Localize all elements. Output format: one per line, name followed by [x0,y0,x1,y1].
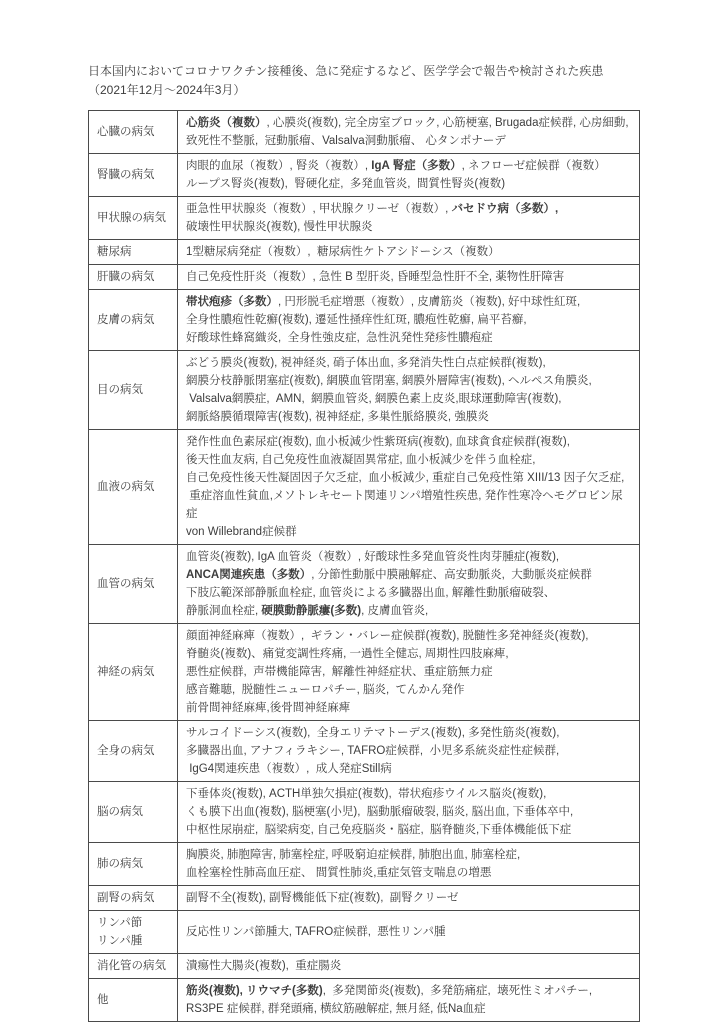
document-page: 日本国内においてコロナワクチン接種後、急に発症するなど、医学学会で報告や検討され… [0,0,724,1024]
disease-name-text: RS3PE 症候群, 群発頭痛, 横紋筋融解症, 無月経, 低Na血症 [186,1003,486,1015]
disease-name-emphasized: バセドウ病（多数）, [452,203,559,215]
disease-line: 脊髄炎(複数)、痛覚変調性疼痛, 一過性全健忘, 周期性四肢麻痺, [186,645,633,663]
disease-name-text: 潰瘍性大腸炎(複数), 重症腸炎 [186,960,341,972]
disease-name-text: 下垂体炎(複数), ACTH単独欠損症(複数), 帯状疱疹ウイルス脳炎(複数), [186,788,546,800]
disease-name-text: ループス腎炎(複数), 腎硬化症, 多発血管炎, 間質性腎炎(複数) [186,178,505,190]
disease-line: 発作性血色素尿症(複数), 血小板減少性紫斑病(複数), 血球貪食症候群(複数)… [186,433,633,451]
table-row: 神経の病気顔面神経麻痺（複数）, ギラン・バレー症候群(複数), 脱髄性多発神経… [89,624,640,721]
disease-name-emphasized: 硬膜動静脈瘻(多数) [261,605,361,617]
disease-name-text: 前骨間神経麻痺,後骨間神経麻痺 [186,702,350,714]
category-cell: 神経の病気 [89,624,178,721]
category-cell: 血液の病気 [89,430,178,545]
diseases-cell: 血管炎(複数), IgA 血管炎（複数）, 好酸球性多発血管炎性肉芽腫症(複数)… [178,545,640,624]
table-row: 副腎の病気副腎不全(複数), 副腎機能低下症(複数), 副腎クリーゼ [89,886,640,911]
category-cell: 肝臓の病気 [89,265,178,290]
disease-name-text: 肉眼的血尿（複数）, 腎炎（複数）, [186,160,371,172]
disease-line: 心筋炎（複数）, 心膜炎(複数), 完全房室ブロック, 心筋梗塞, Brugad… [186,114,633,132]
disease-name-text: 中枢性尿崩症, 脳梁病変, 自己免疫脳炎・脳症, 脳脊髄炎,下垂体機能低下症 [186,824,571,836]
disease-name-text: 破壊性甲状腺炎(複数), 慢性甲状腺炎 [186,221,373,233]
disease-line: Valsalva網膜症, AMN, 網膜血管炎, 網膜色素上皮炎,眼球運動障害(… [186,390,633,408]
disease-name-text: くも膜下出血(複数), 脳梗塞(小児), 脳動脈瘤破裂, 脳炎, 脳出血, 下垂… [186,806,573,818]
disease-name-text: , 多発関節炎(複数), 多発筋痛症, 壊死性ミオパチー, [323,985,592,997]
category-cell: 他 [89,979,178,1022]
table-row: 心臓の病気心筋炎（複数）, 心膜炎(複数), 完全房室ブロック, 心筋梗塞, B… [89,111,640,154]
disease-line: ANCA関連疾患（多数）, 分節性動脈中膜融解症、高安動脈炎, 大動脈炎症候群 [186,566,633,584]
disease-name-text: , 分節性動脈中膜融解症、高安動脈炎, 大動脈炎症候群 [311,569,591,581]
disease-name-text: 重症溶血性貧血,メソトレキセート関連リンパ増殖性疾患, 発作性寒冷ヘモグロビン尿… [186,490,623,520]
disease-line: 下垂体炎(複数), ACTH単独欠損症(複数), 帯状疱疹ウイルス脳炎(複数), [186,785,633,803]
disease-line: 全身性膿疱性乾癬(複数), 遷延性掻痒性紅斑, 膿疱性乾癬, 扁平苔癬, [186,311,633,329]
disease-name-text: 胸膜炎, 肺胞障害, 肺塞栓症, 呼吸窮迫症候群, 肺胞出血, 肺塞栓症, [186,849,520,861]
category-cell: 全身の病気 [89,721,178,782]
category-cell: 脳の病気 [89,782,178,843]
disease-line: 反応性リンパ節腫大, TAFRO症候群, 悪性リンパ腫 [186,923,633,941]
disease-line: 網脈絡膜循環障害(複数), 視神経症, 多巣性脈絡膜炎, 強膜炎 [186,408,633,426]
disease-name-text: von Willebrand症候群 [186,526,297,538]
disease-line: 胸膜炎, 肺胞障害, 肺塞栓症, 呼吸窮迫症候群, 肺胞出血, 肺塞栓症, [186,846,633,864]
table-row: 肺の病気胸膜炎, 肺胞障害, 肺塞栓症, 呼吸窮迫症候群, 肺胞出血, 肺塞栓症… [89,843,640,886]
disease-name-text: ぶどう膜炎(複数), 視神経炎, 硝子体出血, 多発消失性白点症候群(複数), [186,357,546,369]
diseases-cell: 下垂体炎(複数), ACTH単独欠損症(複数), 帯状疱疹ウイルス脳炎(複数),… [178,782,640,843]
disease-name-text: , 心膜炎(複数), 完全房室ブロック, 心筋梗塞, Brugada症候群, 心… [267,117,629,129]
disease-name-text: 網膜分枝静脈閉塞症(複数), 網膜血管閉塞, 網膜外層障害(複数), ヘルペス角… [186,375,592,387]
disease-name-emphasized: 筋炎(複数), リウマチ(多数) [186,985,323,997]
diseases-cell: 自己免疫性肝炎（複数）, 急性 B 型肝炎, 昏睡型急性肝不全, 薬物性肝障害 [178,265,640,290]
disease-name-text: 自己免疫性肝炎（複数）, 急性 B 型肝炎, 昏睡型急性肝不全, 薬物性肝障害 [186,271,564,283]
disease-line: 潰瘍性大腸炎(複数), 重症腸炎 [186,957,633,975]
disease-name-text: 悪性症候群, 声帯機能障害, 解離性神経症状、重症筋無力症 [186,666,493,678]
disease-line: 血管炎(複数), IgA 血管炎（複数）, 好酸球性多発血管炎性肉芽腫症(複数)… [186,548,633,566]
disease-line: くも膜下出血(複数), 脳梗塞(小児), 脳動脈瘤破裂, 脳炎, 脳出血, 下垂… [186,803,633,821]
disease-line: 好酸球性蜂窩織炎, 全身性強皮症, 急性汎発性発疹性膿疱症 [186,329,633,347]
disease-line: 致死性不整脈, 冠動脈瘤、Valsalva洞動脈瘤、 心タンポナーデ [186,132,633,150]
diseases-cell: 副腎不全(複数), 副腎機能低下症(複数), 副腎クリーゼ [178,886,640,911]
disease-line: 網膜分枝静脈閉塞症(複数), 網膜血管閉塞, 網膜外層障害(複数), ヘルペス角… [186,372,633,390]
table-row: リンパ節 リンパ腫反応性リンパ節腫大, TAFRO症候群, 悪性リンパ腫 [89,911,640,954]
table-row: 全身の病気サルコイドーシス(複数), 全身エリテマトーデス(複数), 多発性筋炎… [89,721,640,782]
disease-name-text: IgG4関連疾患（複数）, 成人発症Still病 [186,763,392,775]
disease-name-emphasized: 帯状疱疹（多数） [186,296,278,308]
category-cell: 目の病気 [89,351,178,430]
disease-name-text: 好酸球性蜂窩織炎, 全身性強皮症, 急性汎発性発疹性膿疱症 [186,332,493,344]
disease-line: 副腎不全(複数), 副腎機能低下症(複数), 副腎クリーゼ [186,889,633,907]
disease-line: 自己免疫性肝炎（複数）, 急性 B 型肝炎, 昏睡型急性肝不全, 薬物性肝障害 [186,268,633,286]
disease-line: 重症溶血性貧血,メソトレキセート関連リンパ増殖性疾患, 発作性寒冷ヘモグロビン尿… [186,487,633,523]
disease-name-text: 1型糖尿病発症（複数）, 糖尿病性ケトアシドーシス（複数） [186,246,500,258]
table-row: 目の病気ぶどう膜炎(複数), 視神経炎, 硝子体出血, 多発消失性白点症候群(複… [89,351,640,430]
disease-line: 後天性血友病, 自己免疫性血液凝固異常症, 血小板減少を伴う血栓症, [186,451,633,469]
disease-line: von Willebrand症候群 [186,523,633,541]
disease-line: 筋炎(複数), リウマチ(多数), 多発関節炎(複数), 多発筋痛症, 壊死性ミ… [186,982,633,1000]
disease-name-text: 血管炎(複数), IgA 血管炎（複数）, 好酸球性多発血管炎性肉芽腫症(複数)… [186,551,559,563]
disease-line: ループス腎炎(複数), 腎硬化症, 多発血管炎, 間質性腎炎(複数) [186,175,633,193]
table-row: 皮膚の病気帯状疱疹（多数）, 円形脱毛症増悪（複数）, 皮膚筋炎（複数), 好中… [89,290,640,351]
disease-name-text: , 皮膚血管炎, [361,605,428,617]
disease-name-text: , ネフローゼ症候群（複数） [462,160,606,172]
disease-line: 破壊性甲状腺炎(複数), 慢性甲状腺炎 [186,218,633,236]
diseases-cell: サルコイドーシス(複数), 全身エリテマトーデス(複数), 多発性筋炎(複数),… [178,721,640,782]
diseases-cell: 胸膜炎, 肺胞障害, 肺塞栓症, 呼吸窮迫症候群, 肺胞出血, 肺塞栓症,血栓塞… [178,843,640,886]
disease-line: ぶどう膜炎(複数), 視神経炎, 硝子体出血, 多発消失性白点症候群(複数), [186,354,633,372]
disease-name-text: 反応性リンパ節腫大, TAFRO症候群, 悪性リンパ腫 [186,926,445,938]
disease-line: 自己免疫性後天性凝固因子欠乏症, 血小板減少, 重症自己免疫性第 XIII/13… [186,469,633,487]
disease-name-text: Valsalva網膜症, AMN, 網膜血管炎, 網膜色素上皮炎,眼球運動障害(… [186,393,561,405]
disease-name-text: 全身性膿疱性乾癬(複数), 遷延性掻痒性紅斑, 膿疱性乾癬, 扁平苔癬, [186,314,527,326]
diseases-cell: 反応性リンパ節腫大, TAFRO症候群, 悪性リンパ腫 [178,911,640,954]
table-row: 消化管の病気潰瘍性大腸炎(複数), 重症腸炎 [89,954,640,979]
disease-line: 悪性症候群, 声帯機能障害, 解離性神経症状、重症筋無力症 [186,663,633,681]
table-row: 甲状腺の病気亜急性甲状腺炎（複数）, 甲状腺クリーゼ（複数）, バセドウ病（多数… [89,197,640,240]
disease-line: 1型糖尿病発症（複数）, 糖尿病性ケトアシドーシス（複数） [186,243,633,261]
table-row: 糖尿病1型糖尿病発症（複数）, 糖尿病性ケトアシドーシス（複数） [89,240,640,265]
category-cell: 血管の病気 [89,545,178,624]
table-row: 血液の病気発作性血色素尿症(複数), 血小板減少性紫斑病(複数), 血球貪食症候… [89,430,640,545]
disease-name-text: 多臓器出血, アナフィラキシー, TAFRO症候群, 小児多系統炎症性症候群, [186,745,559,757]
category-cell: 糖尿病 [89,240,178,265]
disease-line: 血栓塞栓性肺高血圧症、 間質性肺炎,重症気管支喘息の増悪 [186,864,633,882]
disease-name-emphasized: IgA 腎症（多数） [371,160,461,172]
disease-name-text: 感音難聴, 脱髄性ニューロパチー, 脳炎, てんかん発作 [186,684,465,696]
disease-name-text: 下肢広範深部静脈血栓症, 血管炎による多臓器出血, 解離性動脈瘤破裂、 [186,587,555,599]
diseases-cell: 1型糖尿病発症（複数）, 糖尿病性ケトアシドーシス（複数） [178,240,640,265]
document-title-block: 日本国内においてコロナワクチン接種後、急に発症するなど、医学学会で報告や検討され… [88,62,644,100]
disease-table-body: 心臓の病気心筋炎（複数）, 心膜炎(複数), 完全房室ブロック, 心筋梗塞, B… [89,111,640,1022]
table-row: 腎臓の病気肉眼的血尿（複数）, 腎炎（複数）, IgA 腎症（多数）, ネフロー… [89,154,640,197]
disease-name-text: , 円形脱毛症増悪（複数）, 皮膚筋炎（複数), 好中球性紅斑, [278,296,580,308]
disease-line: 下肢広範深部静脈血栓症, 血管炎による多臓器出血, 解離性動脈瘤破裂、 [186,584,633,602]
disease-name-text: 副腎不全(複数), 副腎機能低下症(複数), 副腎クリーゼ [186,892,459,904]
disease-name-text: 後天性血友病, 自己免疫性血液凝固異常症, 血小板減少を伴う血栓症, [186,454,535,466]
category-cell: 副腎の病気 [89,886,178,911]
diseases-cell: 亜急性甲状腺炎（複数）, 甲状腺クリーゼ（複数）, バセドウ病（多数）,破壊性甲… [178,197,640,240]
diseases-cell: 筋炎(複数), リウマチ(多数), 多発関節炎(複数), 多発筋痛症, 壊死性ミ… [178,979,640,1022]
disease-line: 多臓器出血, アナフィラキシー, TAFRO症候群, 小児多系統炎症性症候群, [186,742,633,760]
document-title: 日本国内においてコロナワクチン接種後、急に発症するなど、医学学会で報告や検討され… [88,62,644,81]
disease-line: 帯状疱疹（多数）, 円形脱毛症増悪（複数）, 皮膚筋炎（複数), 好中球性紅斑, [186,293,633,311]
disease-line: IgG4関連疾患（複数）, 成人発症Still病 [186,760,633,778]
table-row: 脳の病気下垂体炎(複数), ACTH単独欠損症(複数), 帯状疱疹ウイルス脳炎(… [89,782,640,843]
diseases-cell: 肉眼的血尿（複数）, 腎炎（複数）, IgA 腎症（多数）, ネフローゼ症候群（… [178,154,640,197]
disease-line: 中枢性尿崩症, 脳梁病変, 自己免疫脳炎・脳症, 脳脊髄炎,下垂体機能低下症 [186,821,633,839]
category-cell: 消化管の病気 [89,954,178,979]
disease-line: 前骨間神経麻痺,後骨間神経麻痺 [186,699,633,717]
disease-table: 心臓の病気心筋炎（複数）, 心膜炎(複数), 完全房室ブロック, 心筋梗塞, B… [88,110,640,1022]
document-subtitle-date-range: （2021年12月～2024年3月） [88,81,644,100]
category-cell: 甲状腺の病気 [89,197,178,240]
disease-line: 亜急性甲状腺炎（複数）, 甲状腺クリーゼ（複数）, バセドウ病（多数）, [186,200,633,218]
diseases-cell: 発作性血色素尿症(複数), 血小板減少性紫斑病(複数), 血球貪食症候群(複数)… [178,430,640,545]
disease-name-text: 脊髄炎(複数)、痛覚変調性疼痛, 一過性全健忘, 周期性四肢麻痺, [186,648,509,660]
disease-name-text: 致死性不整脈, 冠動脈瘤、Valsalva洞動脈瘤、 心タンポナーデ [186,135,506,147]
disease-name-text: 発作性血色素尿症(複数), 血小板減少性紫斑病(複数), 血球貪食症候群(複数)… [186,436,570,448]
disease-line: 肉眼的血尿（複数）, 腎炎（複数）, IgA 腎症（多数）, ネフローゼ症候群（… [186,157,633,175]
disease-line: サルコイドーシス(複数), 全身エリテマトーデス(複数), 多発性筋炎(複数), [186,724,633,742]
disease-line: RS3PE 症候群, 群発頭痛, 横紋筋融解症, 無月経, 低Na血症 [186,1000,633,1018]
disease-name-text: サルコイドーシス(複数), 全身エリテマトーデス(複数), 多発性筋炎(複数), [186,727,559,739]
disease-name-text: 自己免疫性後天性凝固因子欠乏症, 血小板減少, 重症自己免疫性第 XIII/13… [186,472,624,484]
disease-name-text: 血栓塞栓性肺高血圧症、 間質性肺炎,重症気管支喘息の増悪 [186,867,491,879]
disease-line: 感音難聴, 脱髄性ニューロパチー, 脳炎, てんかん発作 [186,681,633,699]
diseases-cell: 顔面神経麻痺（複数）, ギラン・バレー症候群(複数), 脱髄性多発神経炎(複数)… [178,624,640,721]
category-cell: 心臓の病気 [89,111,178,154]
disease-name-text: 静脈洞血栓症, [186,605,261,617]
disease-name-text: 網脈絡膜循環障害(複数), 視神経症, 多巣性脈絡膜炎, 強膜炎 [186,411,489,423]
disease-name-text: 顔面神経麻痺（複数）, ギラン・バレー症候群(複数), 脱髄性多発神経炎(複数)… [186,630,589,642]
table-row: 血管の病気血管炎(複数), IgA 血管炎（複数）, 好酸球性多発血管炎性肉芽腫… [89,545,640,624]
table-row: 他筋炎(複数), リウマチ(多数), 多発関節炎(複数), 多発筋痛症, 壊死性… [89,979,640,1022]
category-cell: 皮膚の病気 [89,290,178,351]
diseases-cell: ぶどう膜炎(複数), 視神経炎, 硝子体出血, 多発消失性白点症候群(複数),網… [178,351,640,430]
diseases-cell: 潰瘍性大腸炎(複数), 重症腸炎 [178,954,640,979]
diseases-cell: 帯状疱疹（多数）, 円形脱毛症増悪（複数）, 皮膚筋炎（複数), 好中球性紅斑,… [178,290,640,351]
table-row: 肝臓の病気自己免疫性肝炎（複数）, 急性 B 型肝炎, 昏睡型急性肝不全, 薬物… [89,265,640,290]
disease-line: 顔面神経麻痺（複数）, ギラン・バレー症候群(複数), 脱髄性多発神経炎(複数)… [186,627,633,645]
category-cell: 腎臓の病気 [89,154,178,197]
disease-line: 静脈洞血栓症, 硬膜動静脈瘻(多数), 皮膚血管炎, [186,602,633,620]
disease-name-emphasized: ANCA関連疾患（多数） [186,569,311,581]
diseases-cell: 心筋炎（複数）, 心膜炎(複数), 完全房室ブロック, 心筋梗塞, Brugad… [178,111,640,154]
disease-name-emphasized: 心筋炎（複数） [186,117,267,129]
category-cell: リンパ節 リンパ腫 [89,911,178,954]
category-cell: 肺の病気 [89,843,178,886]
disease-name-text: 亜急性甲状腺炎（複数）, 甲状腺クリーゼ（複数）, [186,203,452,215]
